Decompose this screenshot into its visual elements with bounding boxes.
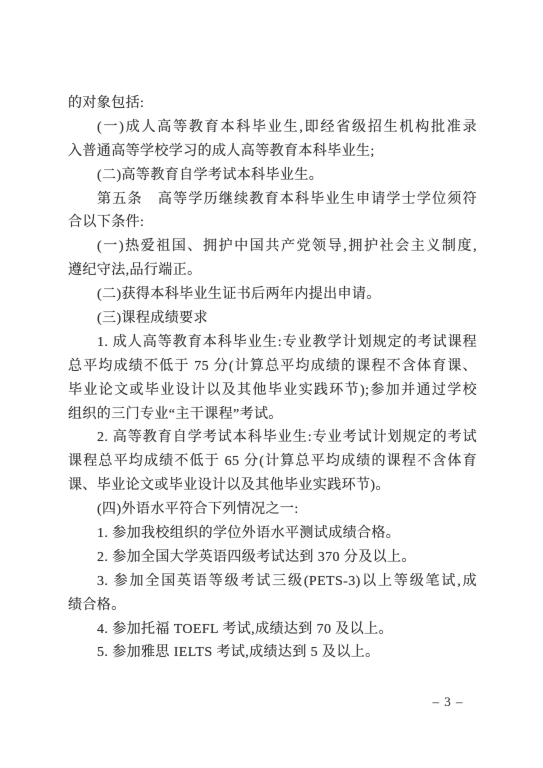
text-line: (四)外语水平符合下列情况之一: xyxy=(68,498,477,522)
text-line: (二)获得本科毕业生证书后两年内提出申请。 xyxy=(68,283,477,307)
text-line: 毕业论文或毕业设计以及其他毕业实践环节);参加并通过学校 xyxy=(68,379,477,403)
text-line: 5. 参加雅思 IELTS 考试,成绩达到 5 及以上。 xyxy=(68,641,477,665)
text-line: (一)成人高等教育本科毕业生,即经省级招生机构批准录 xyxy=(68,116,477,140)
text-line: 4. 参加托福 TOEFL 考试,成绩达到 70 及以上。 xyxy=(68,618,477,642)
text-line: (一)热爱祖国、拥护中国共产党领导,拥护社会主义制度, xyxy=(68,235,477,259)
text-line: 课程总平均成绩不低于 65 分(计算总平均成绩的课程不含体育 xyxy=(68,450,477,474)
text-line: 第五条 高等学历继续教育本科毕业生申请学士学位须符 xyxy=(68,188,477,212)
text-line: (二)高等教育自学考试本科毕业生。 xyxy=(68,164,477,188)
text-line: 绩合格。 xyxy=(68,594,477,618)
text-line: 课、毕业论文或毕业设计以及其他毕业实践环节)。 xyxy=(68,474,477,498)
text-line: 的对象包括: xyxy=(68,92,477,116)
text-line: 3. 参加全国英语等级考试三级(PETS-3)以上等级笔试,成 xyxy=(68,570,477,594)
text-line: 1. 参加我校组织的学位外语水平测试成绩合格。 xyxy=(68,522,477,546)
text-line: 入普通高等学校学习的成人高等教育本科毕业生; xyxy=(68,140,477,164)
document-page: 的对象包括:(一)成人高等教育本科毕业生,即经省级招生机构批准录入普通高等学校学… xyxy=(0,0,543,768)
text-line: 总平均成绩不低于 75 分(计算总平均成绩的课程不含体育课、 xyxy=(68,355,477,379)
text-line: 2. 参加全国大学英语四级考试达到 370 分及以上。 xyxy=(68,546,477,570)
document-body: 的对象包括:(一)成人高等教育本科毕业生,即经省级招生机构批准录入普通高等学校学… xyxy=(68,92,477,665)
text-line: 1. 成人高等教育本科毕业生:专业教学计划规定的考试课程 xyxy=(68,331,477,355)
text-line: (三)课程成绩要求 xyxy=(68,307,477,331)
text-line: 组织的三门专业“主干课程”考试。 xyxy=(68,403,477,427)
text-line: 遵纪守法,品行端正。 xyxy=(68,259,477,283)
page-number: – 3 – xyxy=(418,694,478,710)
text-line: 2. 高等教育自学考试本科毕业生:专业考试计划规定的考试 xyxy=(68,426,477,450)
text-line: 合以下条件: xyxy=(68,211,477,235)
